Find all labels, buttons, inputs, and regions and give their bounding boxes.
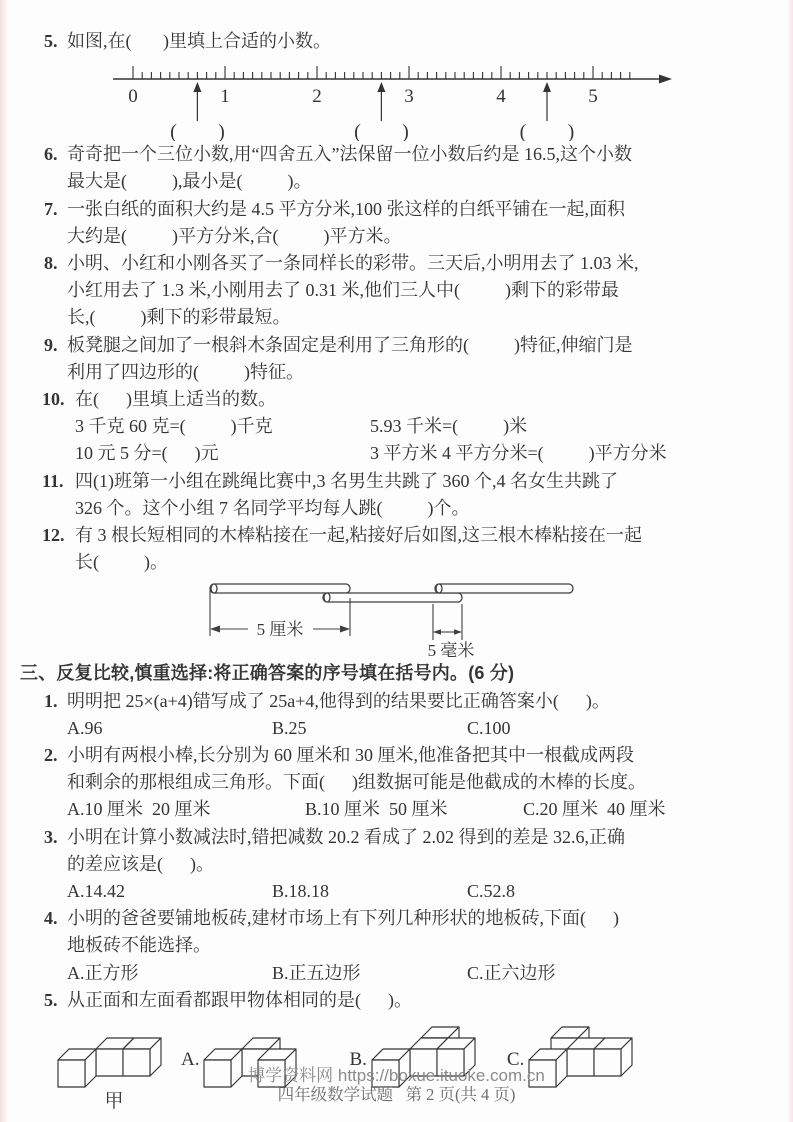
option-a: A.96 — [67, 715, 272, 742]
question-number: 5. — [44, 28, 58, 55]
svg-text:): ) — [568, 121, 575, 141]
question-5: 5. 如图,在( )里填上合适的小数。 — [67, 28, 775, 55]
option-b: B.25 — [272, 715, 467, 742]
number-line-figure: 012345()()() — [55, 57, 775, 141]
option-c: C.100 — [467, 715, 775, 742]
question-8: 8. 小明、小红和小刚各买了一条同样长的彩带。三天后,小明用去了 1.03 米,… — [67, 250, 775, 332]
watermark: 博学资料网 https://boxue.ituoke.com.cn — [0, 1066, 793, 1085]
question-text: 一张白纸的面积大约是 4.5 平方分米,100 张这样的白纸平铺在一起,面积 — [67, 196, 775, 223]
dimension-label-mm: 5 毫米 — [428, 641, 475, 660]
conversion-item: 10 元 5 分=( )元 — [75, 440, 370, 467]
options-row: A.96 B.25 C.100 — [67, 715, 775, 742]
question-text: 在( )里填上适当的数。 — [67, 386, 775, 413]
question-text: 小明有两根小棒,长分别为 60 厘米和 30 厘米,他准备把其中一根截成两段 — [67, 742, 775, 769]
conversion-item: 3 千克 60 克=( )千克 — [75, 413, 370, 440]
question-6: 6. 奇奇把一个三位小数,用“四舍五入”法保留一位小数后约是 16.5,这个小数… — [67, 141, 775, 195]
choice-question-5: 5. 从正面和左面看都跟甲物体相同的是( )。 — [67, 987, 775, 1014]
section-three-title: 三、反复比较,慎重选择:将正确答案的序号填在括号内。(6 分) — [20, 660, 775, 687]
option-c: C.20 厘米 40 厘米 — [523, 796, 775, 823]
svg-text:(: ( — [520, 121, 527, 141]
option-c: C.正六边形 — [467, 960, 775, 987]
svg-text:): ) — [218, 121, 225, 141]
dimension-label-cm: 5 厘米 — [257, 620, 304, 639]
question-number: 9. — [44, 332, 58, 359]
option-b: B.10 厘米 50 厘米 — [305, 796, 523, 823]
question-number: 5. — [44, 987, 58, 1014]
question-number: 10. — [42, 386, 65, 413]
question-text: 的差应该是( )。 — [67, 851, 775, 878]
question-text: 利用了四边形的( )特征。 — [67, 359, 775, 386]
question-text: 和剩余的那根组成三角形。下面( )组数据可能是他截成的木棒的长度。 — [67, 769, 775, 796]
question-number: 12. — [42, 522, 65, 549]
page-content: 5. 如图,在( )里填上合适的小数。 012345()()() 6. 奇奇把一… — [0, 0, 793, 1113]
svg-text:1: 1 — [220, 86, 230, 107]
svg-text:): ) — [402, 121, 409, 141]
question-number: 3. — [44, 824, 58, 851]
question-text: 小明在计算小数减法时,错把减数 20.2 看成了 2.02 得到的差是 32.6… — [67, 824, 775, 851]
question-text: 小明的爸爸要铺地板砖,建材市场上有下列几种形状的地板砖,下面( ) — [67, 905, 775, 932]
question-text: 小红用去了 1.3 米,小刚用去了 0.31 米,他们三人中( )剩下的彩带最 — [67, 277, 775, 304]
question-number: 2. — [44, 742, 58, 769]
question-text: 小明、小红和小刚各买了一条同样长的彩带。三天后,小明用去了 1.03 米, — [67, 250, 775, 277]
conversion-item: 3 平方米 4 平方分米=( )平方分米 — [370, 440, 775, 467]
option-a: A.10 厘米 20 厘米 — [67, 796, 305, 823]
question-text: 最大是( ),最小是( )。 — [67, 168, 775, 195]
svg-text:4: 4 — [496, 86, 506, 107]
question-text: 从正面和左面看都跟甲物体相同的是( )。 — [67, 987, 775, 1014]
question-number: 6. — [44, 141, 58, 168]
choice-question-1: 1. 明明把 25×(a+4)错写成了 25a+4,他得到的结果要比正确答案小(… — [67, 688, 775, 742]
test-paper-page: 5. 如图,在( )里填上合适的小数。 012345()()() 6. 奇奇把一… — [0, 0, 793, 1122]
question-number: 4. — [44, 905, 58, 932]
conversion-item: 5.93 千米=( )米 — [370, 413, 775, 440]
option-a: A.14.42 — [67, 878, 272, 905]
rods-svg: 5 厘米 5 毫米 — [150, 574, 630, 660]
page-number-info: 四年级数学试题 第 2 页(共 4 页) — [0, 1085, 793, 1104]
svg-text:3: 3 — [404, 86, 414, 107]
question-text: 长,( )剩下的彩带最短。 — [67, 304, 775, 331]
question-text: 地板砖不能选择。 — [67, 932, 775, 959]
choice-question-4: 4. 小明的爸爸要铺地板砖,建材市场上有下列几种形状的地板砖,下面( ) 地板砖… — [67, 905, 775, 987]
svg-text:(: ( — [354, 121, 361, 141]
question-text: 奇奇把一个三位小数,用“四舍五入”法保留一位小数后约是 16.5,这个小数 — [67, 141, 775, 168]
question-12: 12. 有 3 根长短相同的木棒粘接在一起,粘接好后如图,这三根木棒粘接在一起 … — [67, 522, 775, 576]
question-text: 326 个。这个小组 7 名同学平均每人跳( )个。 — [67, 495, 775, 522]
option-a: A.正方形 — [67, 960, 272, 987]
question-11: 11. 四(1)班第一小组在跳绳比赛中,3 名男生共跳了 360 个,4 名女生… — [67, 468, 775, 522]
question-text: 如图,在( )里填上合适的小数。 — [67, 28, 775, 55]
question-text: 明明把 25×(a+4)错写成了 25a+4,他得到的结果要比正确答案小( )。 — [67, 688, 775, 715]
question-number: 8. — [44, 250, 58, 277]
option-b: B.正五边形 — [272, 960, 467, 987]
choice-question-3: 3. 小明在计算小数减法时,错把减数 20.2 看成了 2.02 得到的差是 3… — [67, 824, 775, 906]
svg-text:5: 5 — [588, 86, 598, 107]
question-9: 9. 板凳腿之间加了一根斜木条固定是利用了三角形的( )特征,伸缩门是 利用了四… — [67, 332, 775, 386]
choice-question-2: 2. 小明有两根小棒,长分别为 60 厘米和 30 厘米,他准备把其中一根截成两… — [67, 742, 775, 824]
number-line-svg: 012345()()() — [55, 57, 755, 141]
svg-text:(: ( — [170, 121, 177, 141]
option-b: B.18.18 — [272, 878, 467, 905]
option-c: C.52.8 — [467, 878, 775, 905]
question-number: 11. — [42, 468, 64, 495]
rods-figure: 5 厘米 5 毫米 — [150, 574, 775, 660]
question-text: 板凳腿之间加了一根斜木条固定是利用了三角形的( )特征,伸缩门是 — [67, 332, 775, 359]
question-text: 四(1)班第一小组在跳绳比赛中,3 名男生共跳了 360 个,4 名女生共跳了 — [67, 468, 775, 495]
question-text: 有 3 根长短相同的木棒粘接在一起,粘接好后如图,这三根木棒粘接在一起 — [67, 522, 775, 549]
question-number: 1. — [44, 688, 58, 715]
question-text: 长( )。 — [67, 549, 775, 576]
page-footer: 博学资料网 https://boxue.ituoke.com.cn 四年级数学试… — [0, 1066, 793, 1104]
question-number: 7. — [44, 196, 58, 223]
question-7: 7. 一张白纸的面积大约是 4.5 平方分米,100 张这样的白纸平铺在一起,面… — [67, 196, 775, 250]
options-row: A.10 厘米 20 厘米 B.10 厘米 50 厘米 C.20 厘米 40 厘… — [67, 796, 775, 823]
options-row: A.正方形 B.正五边形 C.正六边形 — [67, 960, 775, 987]
options-row: A.14.42 B.18.18 C.52.8 — [67, 878, 775, 905]
svg-text:2: 2 — [312, 86, 322, 107]
unit-conversion-rows: 3 千克 60 克=( )千克 5.93 千米=( )米 10 元 5 分=( … — [67, 413, 775, 467]
svg-text:0: 0 — [128, 86, 138, 107]
question-10: 10. 在( )里填上适当的数。 3 千克 60 克=( )千克 5.93 千米… — [67, 386, 775, 468]
question-text: 大约是( )平方分米,合( )平方米。 — [67, 223, 775, 250]
